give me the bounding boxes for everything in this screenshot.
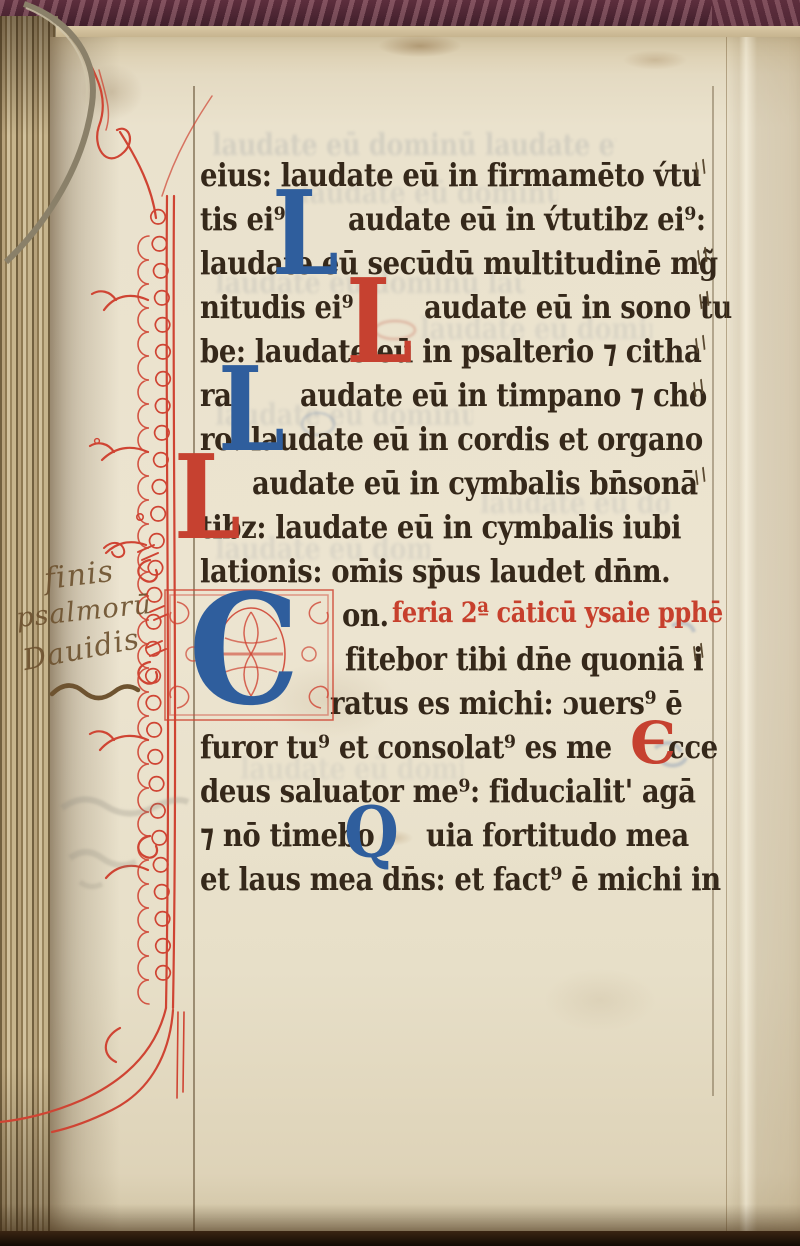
text-segment: uia fortitudo mea <box>426 816 689 854</box>
page-fold <box>726 37 800 1233</box>
initial-L-4: L <box>174 440 241 556</box>
book-edge-shadow <box>0 1231 800 1246</box>
text-segment: audate eū in v́tutibz ei⁹: <box>348 200 706 238</box>
text-segment: feria 2ª cāticū ysaie pphē <box>392 596 723 629</box>
text-segment: on. <box>342 596 389 634</box>
manuscript-photo: { "document_type": "illuminated manuscri… <box>0 0 800 1246</box>
text-segment: audate eū in sono tu <box>424 288 732 326</box>
text-segment: tibz: laudate eū in cymbalis iubi <box>200 508 681 546</box>
initial-L-2: L <box>346 264 413 380</box>
initial-Q: Q <box>344 798 399 868</box>
initial-C-block: C <box>163 588 335 722</box>
text-segment: audate eū in cymbalis bn̄sonā <box>252 464 698 502</box>
initial-L-1: L <box>272 176 339 292</box>
text-segment: et laus mea dn̄s: et fact⁹ ē michi in <box>200 860 721 898</box>
initial-E: Є <box>630 714 676 772</box>
note-flourish <box>40 672 180 712</box>
page-bottom-shadow <box>0 1204 800 1232</box>
text-segment: deus saluator me⁹: fiducialit' agā <box>200 772 696 810</box>
initial-C: C <box>165 576 323 710</box>
text-segment: fitebor tibi dn̄e quoniā i <box>345 640 703 678</box>
